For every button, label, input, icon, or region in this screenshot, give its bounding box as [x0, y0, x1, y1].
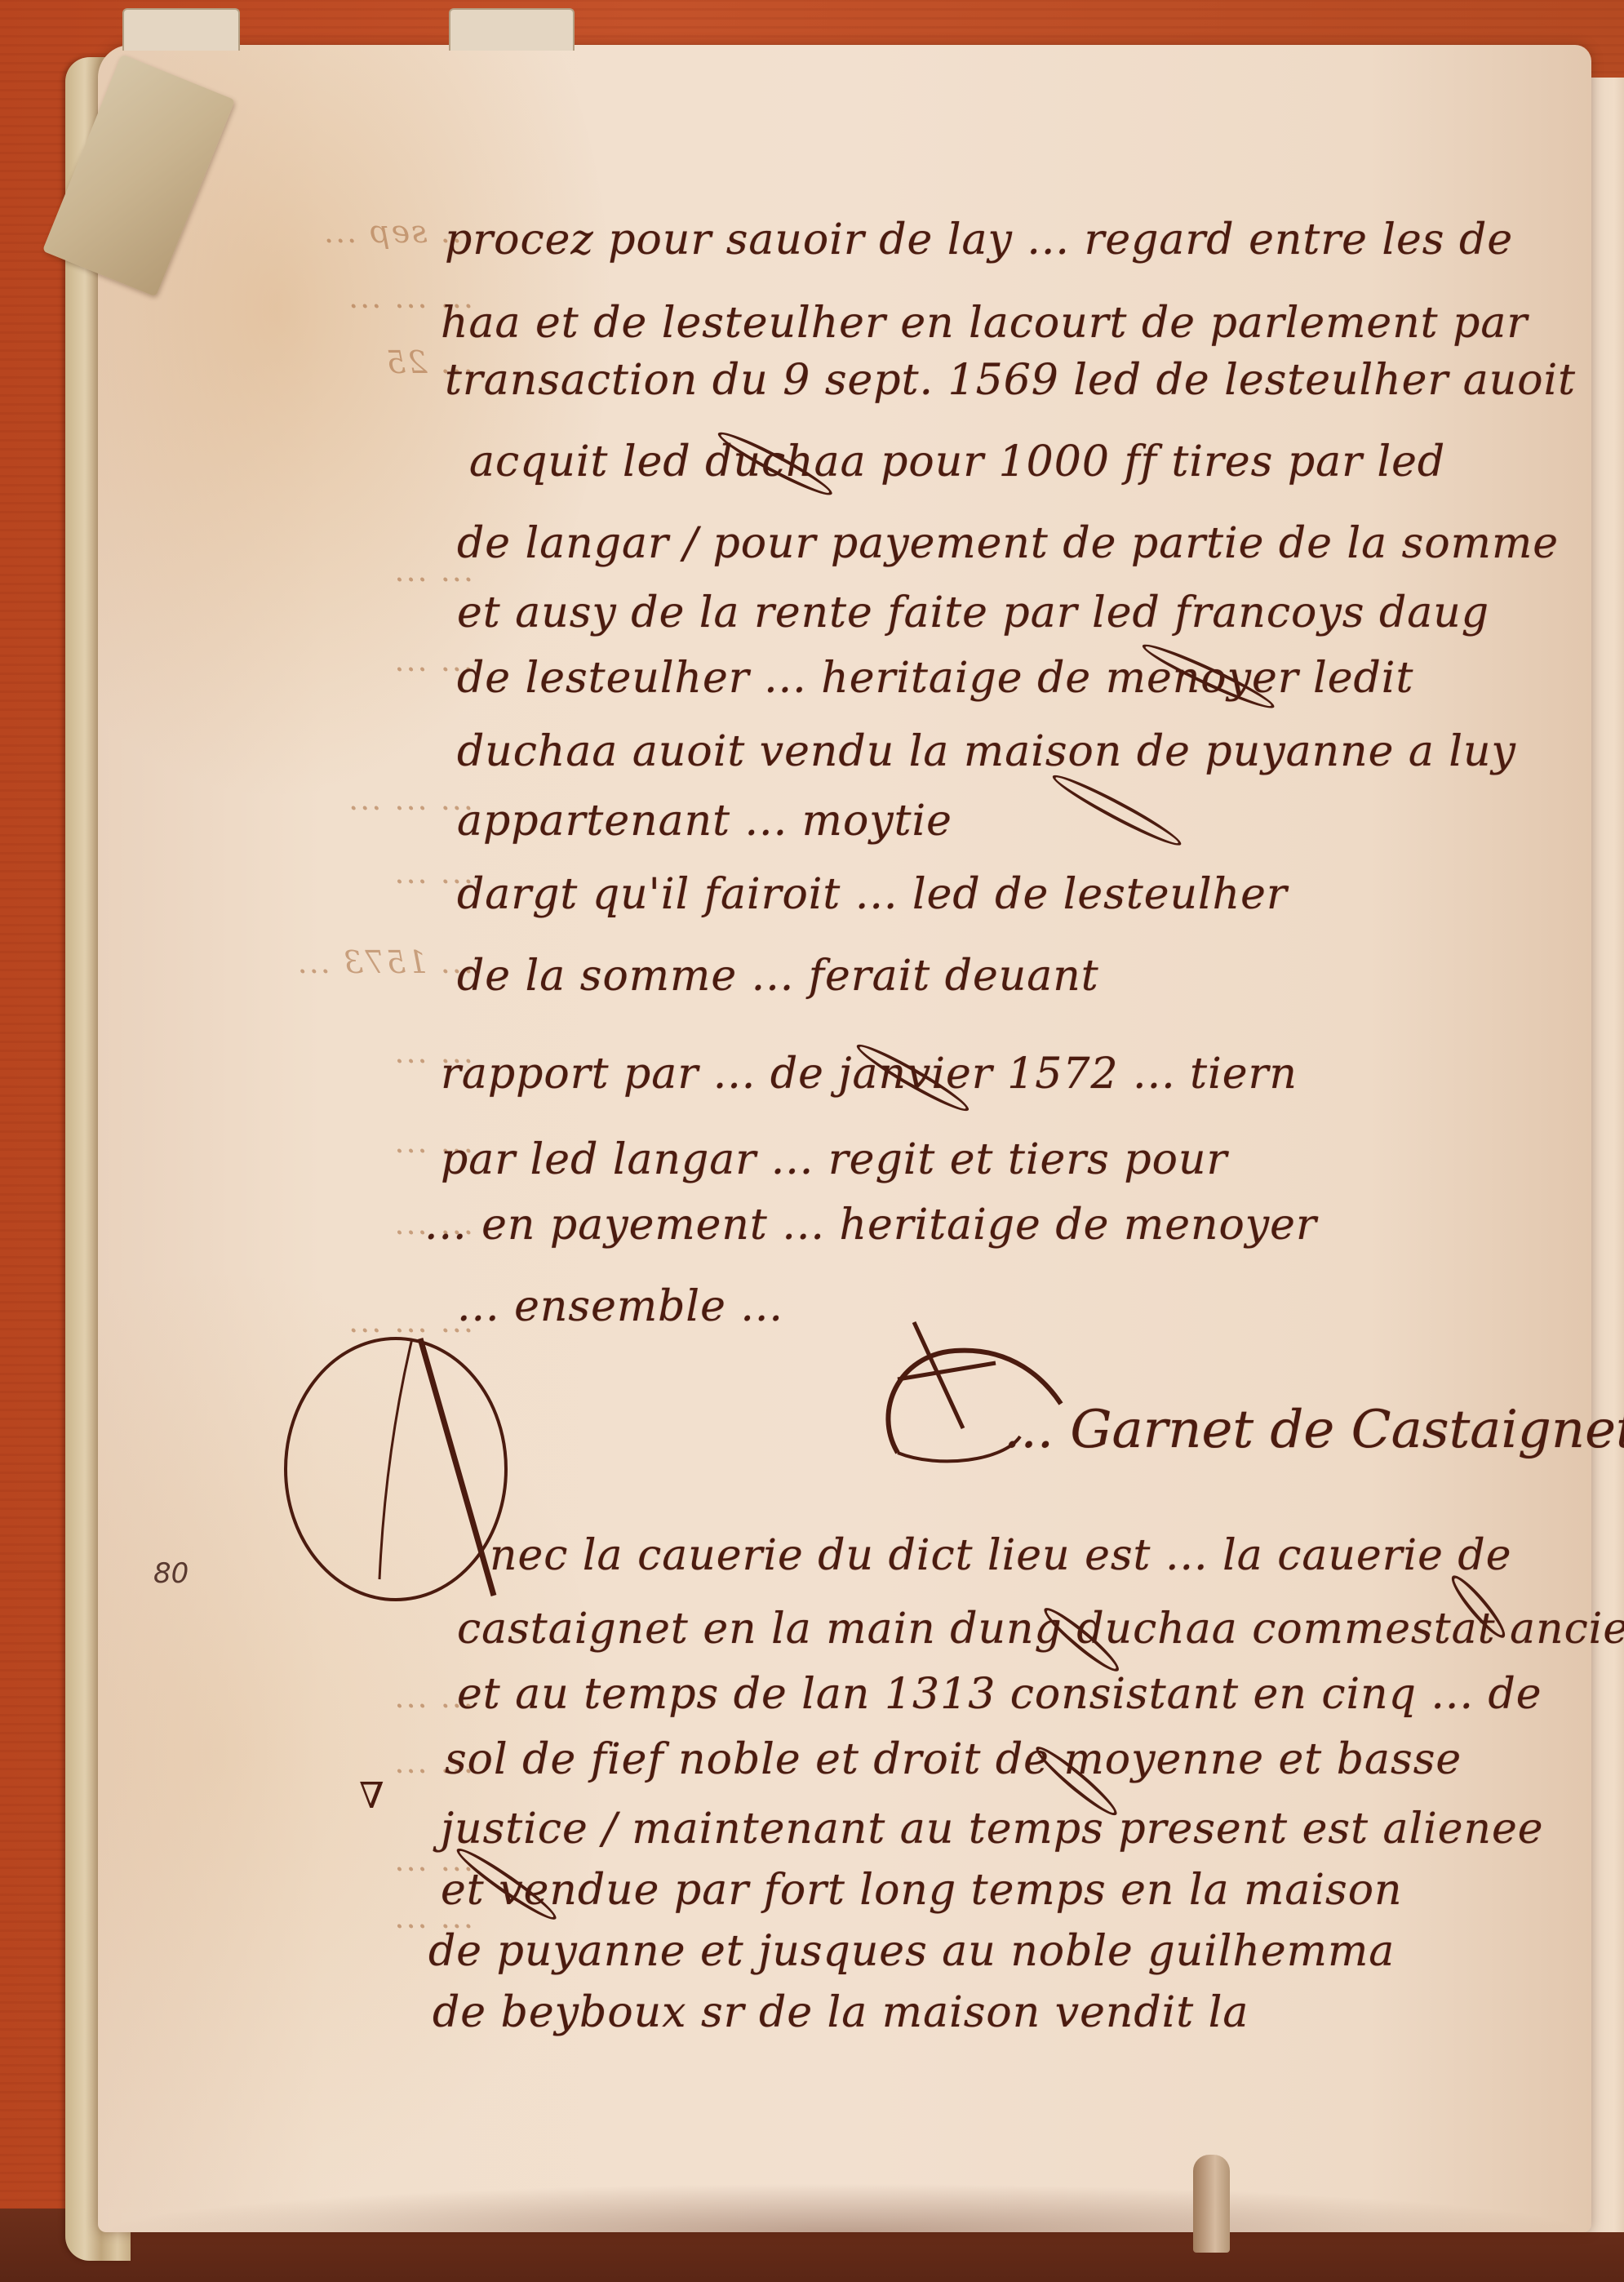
text-line: de beyboux sr de la maison vendit la — [433, 1991, 1249, 2034]
bleed-line: ... 25 — [122, 347, 473, 378]
text-line: sol de fief noble et droit de moyenne et… — [445, 1738, 1462, 1781]
signature: ... Garnet de Castaignet — [1004, 1404, 1624, 1456]
text-line: haa et de lesteulher en lacourt de parle… — [441, 302, 1528, 344]
torn-paper-tab — [449, 8, 575, 51]
text-line: de la somme ... ferait deuant — [457, 955, 1099, 997]
bleed-line: ... ... — [122, 857, 473, 888]
bleed-line: ... ... — [122, 1845, 473, 1876]
bleed-line: ... ... — [122, 555, 473, 586]
bleed-line: ... ... — [122, 1208, 473, 1239]
bleed-line: ... sep ... — [122, 216, 473, 247]
text-line: ... ensemble ... — [457, 1285, 783, 1328]
text-line: et vendue par fort long temps en la mais… — [441, 1869, 1403, 1911]
bleed-line: ... ... — [122, 1126, 473, 1157]
text-line: ... en payement ... heritaige de menoyer — [424, 1204, 1317, 1246]
text-line: dargt qu'il fairoit ... led de lesteulhe… — [457, 873, 1288, 916]
bleed-line: ... ... — [122, 1681, 473, 1712]
text-line: duchaa auoit vendu la maison de puyanne … — [457, 730, 1516, 773]
bleed-line: ... ... — [122, 1037, 473, 1068]
margin-mark: ∇ — [359, 1775, 384, 1817]
text-line: par led langar ... regit et tiers pour — [441, 1139, 1227, 1181]
bleed-line: ... 1573 ... — [122, 947, 473, 978]
text-line: castaignet en la main dung duchaa commes… — [457, 1608, 1624, 1650]
bottom-tear — [1193, 2155, 1230, 2253]
folio-number: 80 — [153, 1557, 189, 1590]
text-line: justice / maintenant au temps present es… — [441, 1808, 1544, 1850]
text-line: de puyanne et jusques au noble guilhemma — [428, 1930, 1395, 1973]
text-line: transaction du 9 sept. 1569 led de leste… — [445, 359, 1576, 402]
text-line: de langar / pour payement de partie de l… — [457, 522, 1559, 565]
decorated-initial-a-icon — [273, 1326, 518, 1604]
bleed-line: ... ... ... — [122, 282, 473, 313]
text-line: et au temps de lan 1313 consistant en ci… — [457, 1673, 1542, 1716]
text-line: procez pour sauoir de lay ... regard ent… — [445, 219, 1513, 261]
bleed-line: ... ... — [122, 645, 473, 676]
text-line: appartenant ... moytie — [457, 800, 952, 842]
bleed-line: ... ... — [122, 1902, 473, 1933]
bleed-line: ... ... ... — [122, 784, 473, 815]
text-line: acquit led duchaa pour 1000 ff tires par… — [469, 441, 1445, 483]
bleed-line: ... ... — [122, 1747, 473, 1778]
text-line: nec la cauerie du dict lieu est ... la c… — [490, 1534, 1512, 1577]
text-line: de lesteulher ... heritaige de menoyer l… — [457, 657, 1413, 699]
torn-paper-tab — [122, 8, 240, 51]
text-line: et ausy de la rente faite par led franco… — [457, 592, 1489, 634]
